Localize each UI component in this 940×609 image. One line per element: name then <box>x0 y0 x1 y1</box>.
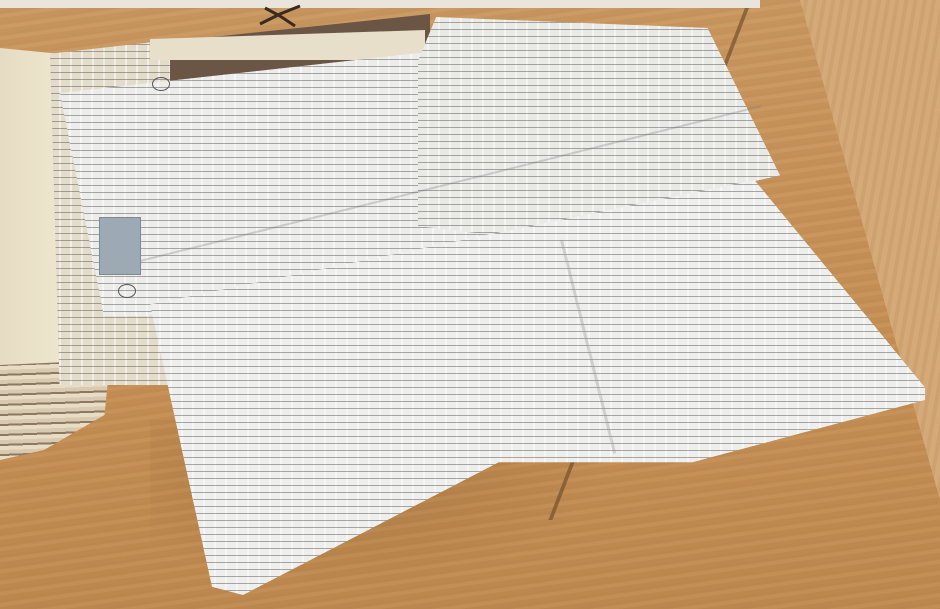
book-tie-icon <box>255 4 305 28</box>
archive-label <box>99 217 141 275</box>
seal-mark-icon <box>118 284 136 298</box>
background-wall <box>0 0 760 8</box>
seal-mark-icon <box>152 77 170 91</box>
manuscript-photo: Open bound volume with a large folded ha… <box>0 0 940 609</box>
